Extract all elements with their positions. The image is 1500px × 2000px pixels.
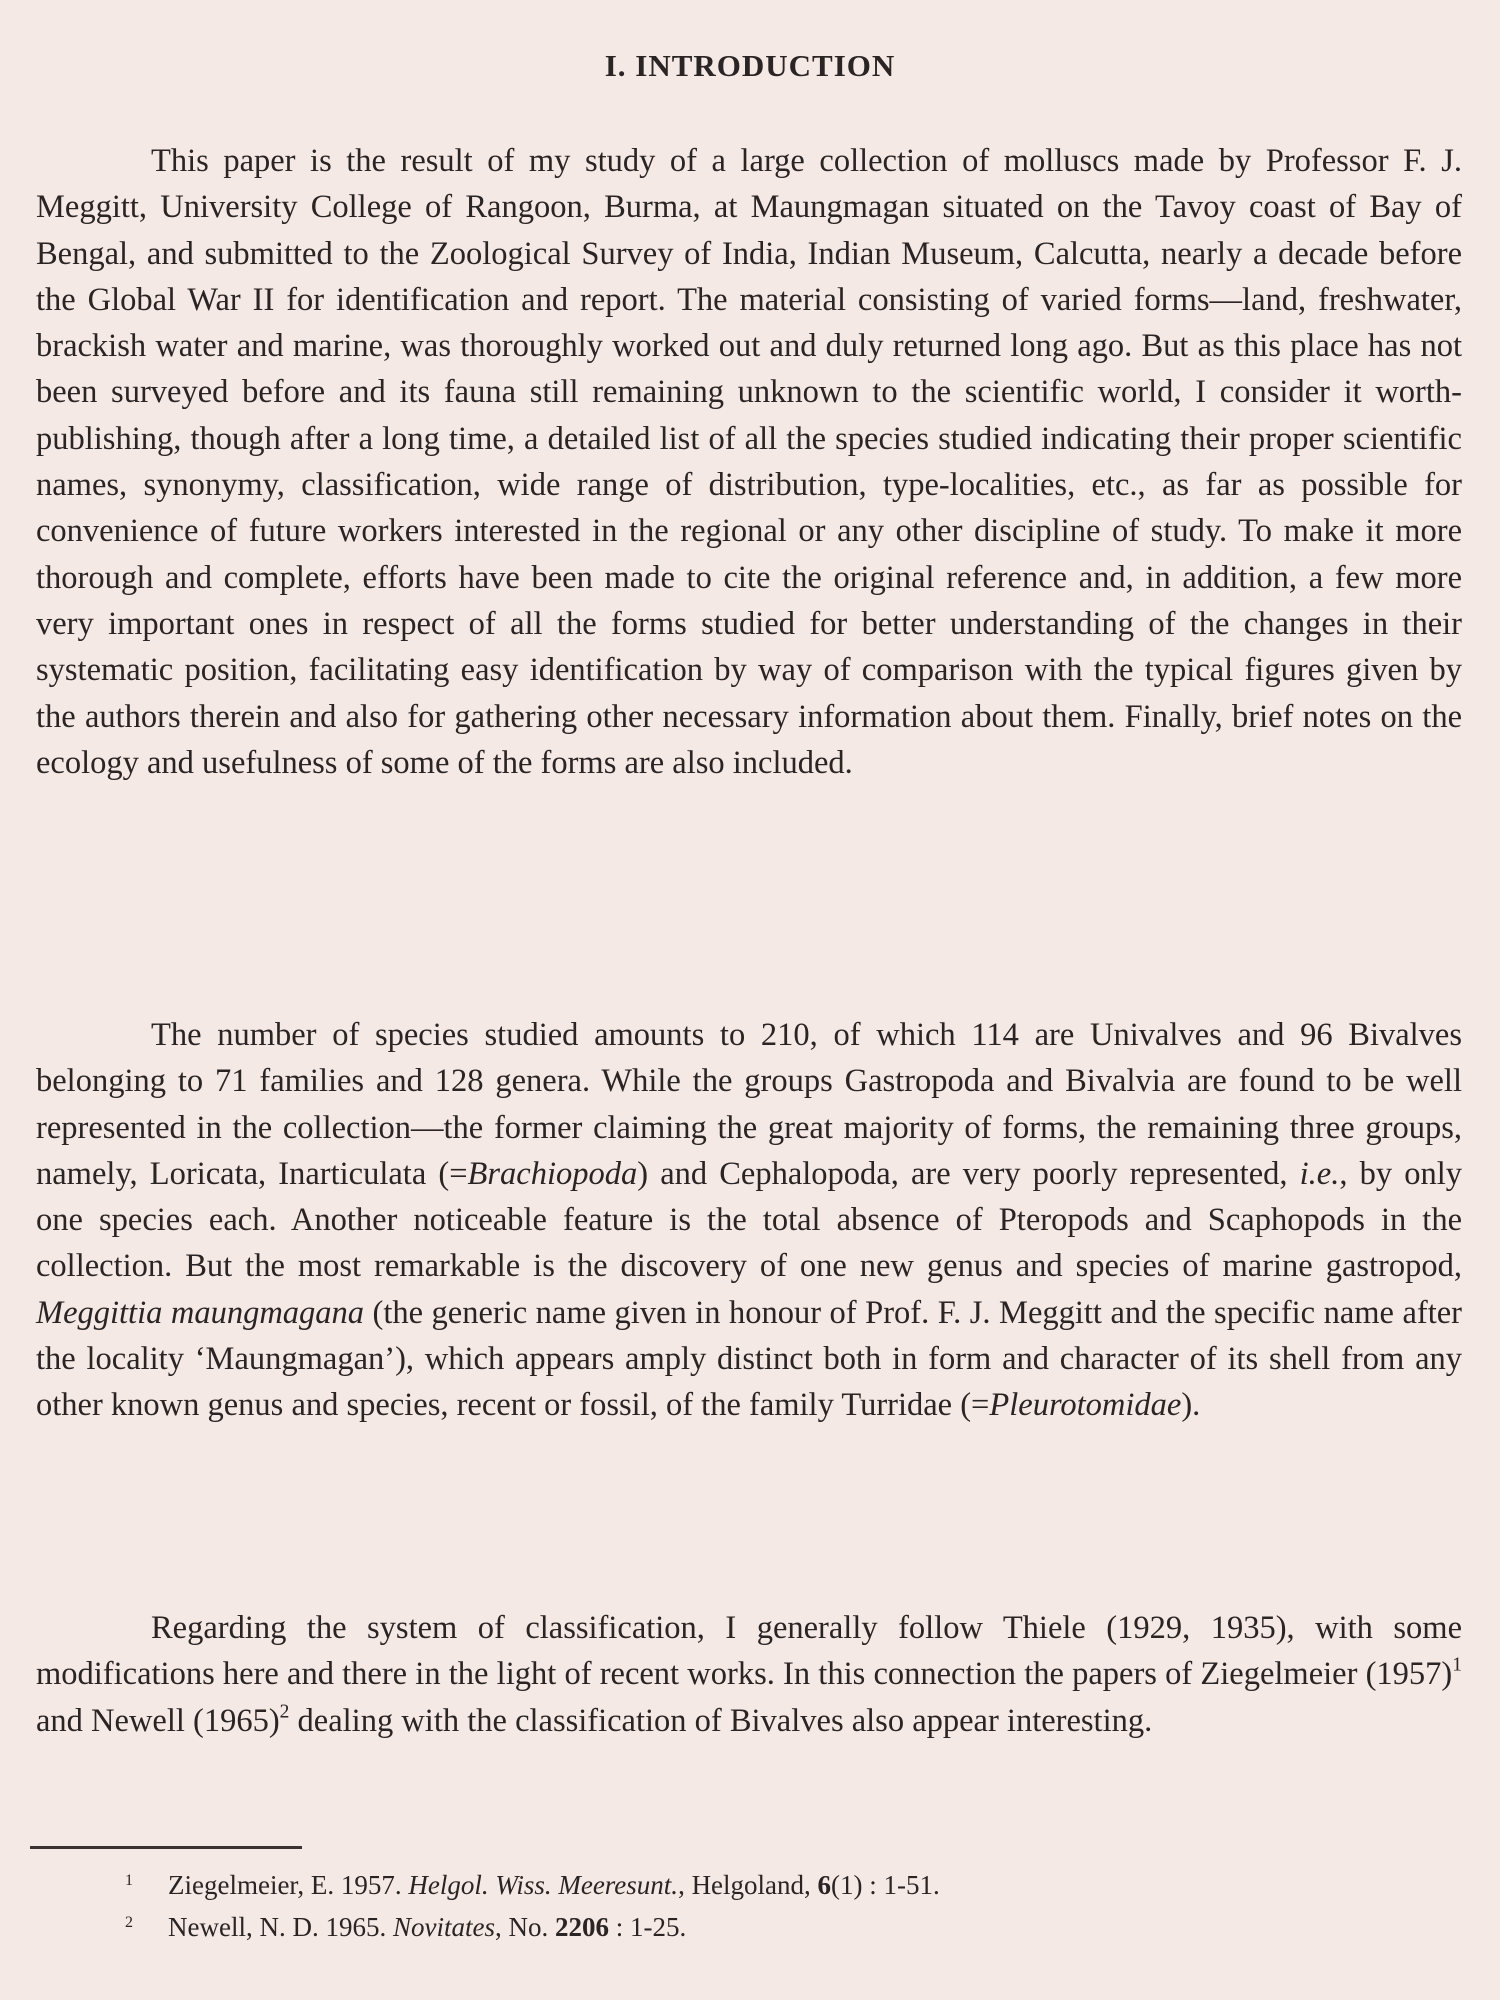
- footnote-2: 2Newell, N. D. 1965. Novitates, No. 2206…: [125, 1904, 940, 1946]
- paragraph-intro: This paper is the result of my study of …: [36, 138, 1462, 786]
- footnote-text: Newell, N. D. 1965. Novitates, No. 2206 …: [168, 1912, 686, 1942]
- section-heading: I. INTRODUCTION: [0, 48, 1500, 84]
- paragraph-classification: Regarding the system of classification, …: [36, 1605, 1462, 1744]
- footnote-divider: [30, 1846, 302, 1849]
- document-page: I. INTRODUCTION This paper is the result…: [0, 0, 1500, 2000]
- footnotes: 1Ziegelmeier, E. 1957. Helgol. Wiss. Mee…: [125, 1862, 940, 1946]
- footnote-text: Ziegelmeier, E. 1957. Helgol. Wiss. Meer…: [168, 1870, 940, 1900]
- footnote-mark: 2: [125, 1904, 168, 1941]
- footnote-mark: 1: [125, 1862, 168, 1899]
- footnote-1: 1Ziegelmeier, E. 1957. Helgol. Wiss. Mee…: [125, 1862, 940, 1904]
- paragraph-species-count: The number of species studied amounts to…: [36, 1012, 1462, 1429]
